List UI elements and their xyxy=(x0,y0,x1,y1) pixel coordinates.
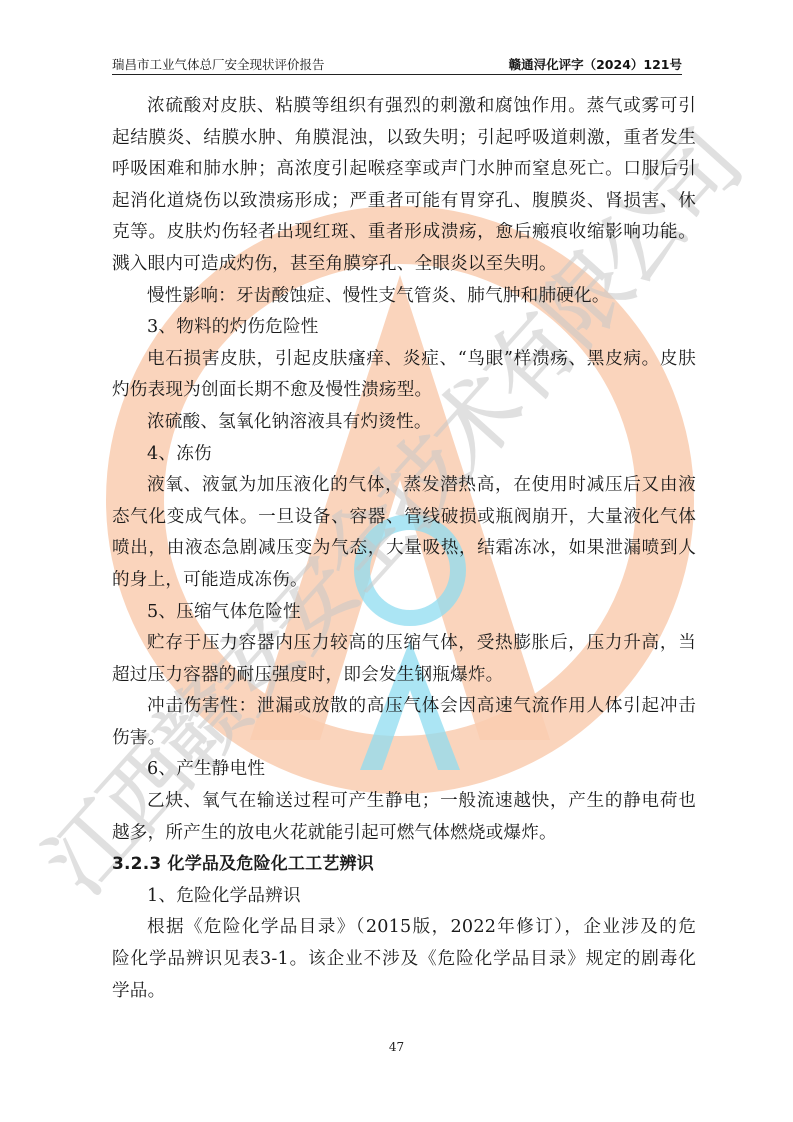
text-line: 伤害。 xyxy=(112,723,696,755)
text-line: 险化学品辨识见表3-1。该企业不涉及《危险化学品目录》规定的剧毒化 xyxy=(112,944,696,976)
paragraph-chronic-effects: 慢性影响：牙齿酸蚀症、慢性支气管炎、肺气肿和肺硬化。 xyxy=(112,281,696,313)
item-title-compressed-gas: 5、压缩气体危险性 xyxy=(112,597,696,629)
paragraph-hazardous-chemicals: 根据《危险化学品目录》（2015版，2022年修订），企业涉及的危 险化学品辨识… xyxy=(112,912,696,1007)
text-line: 超过压力容器的耐压强度时，即会发生钢瓶爆炸。 xyxy=(112,660,696,692)
text-line: 电石损害皮肤，引起皮肤瘙痒、炎症、“鸟眼”样溃疡、黑皮病。皮肤 xyxy=(112,344,696,376)
paragraph-caustic: 浓硫酸、氢氧化钠溶液具有灼烫性。 xyxy=(112,407,696,439)
paragraph-static-electricity: 乙炔、氧气在输送过程可产生静电；一般流速越快，产生的静电荷也 越多，所产生的放电… xyxy=(112,786,696,849)
text-line: 呼吸困难和肺水肿；高浓度引起喉痉挛或声门水肿而窒息死亡。口服后引 xyxy=(112,154,696,186)
text-line: 学品。 xyxy=(112,976,696,1008)
text-line: 根据《危险化学品目录》（2015版，2022年修订），企业涉及的危 xyxy=(112,912,696,944)
text-line: 越多，所产生的放电火花就能引起可燃气体燃烧或爆炸。 xyxy=(112,818,696,850)
subsection-title: 1、危险化学品辨识 xyxy=(112,881,696,913)
paragraph-liquefied-gas: 液氧、液氩为加压液化的气体，蒸发潜热高，在使用时减压后又由液 态气化变成气体。一… xyxy=(112,470,696,596)
text-line: 起结膜炎、结膜水肿、角膜混浊，以致失明；引起呼吸道刺激，重者发生 xyxy=(112,123,696,155)
text-line: 冲击伤害性：泄漏或放散的高压气体会因高速气流作用人体引起冲击 xyxy=(112,691,696,723)
paragraph-calcium-carbide: 电石损害皮肤，引起皮肤瘙痒、炎症、“鸟眼”样溃疡、黑皮病。皮肤 灼伤表现为创面长… xyxy=(112,344,696,407)
report-number: 赣通浔化评字（2024）121号 xyxy=(509,55,682,73)
page-number: 47 xyxy=(0,1040,793,1054)
text-line: 起消化道烧伤以致溃疡形成；严重者可能有胃穿孔、腹膜炎、肾损害、休 xyxy=(112,186,696,218)
text-line: 乙炔、氧气在输送过程可产生静电；一般流速越快，产生的静电荷也 xyxy=(112,786,696,818)
item-title-frostbite: 4、冻伤 xyxy=(112,439,696,471)
text-line: 浓硫酸对皮肤、粘膜等组织有强烈的刺激和腐蚀作用。蒸气或雾可引 xyxy=(112,91,696,123)
page-body: 浓硫酸对皮肤、粘膜等组织有强烈的刺激和腐蚀作用。蒸气或雾可引 起结膜炎、结膜水肿… xyxy=(112,91,696,1007)
section-heading: 3.2.3 化学品及危险化工工艺辨识 xyxy=(112,849,696,881)
item-title-burn-hazard: 3、物料的灼伤危险性 xyxy=(112,312,696,344)
text-line: 喷出，由液态急剧减压变为气态，大量吸热，结霜冻冰，如果泄漏喷到人 xyxy=(112,533,696,565)
paragraph-sulfuric-acid: 浓硫酸对皮肤、粘膜等组织有强烈的刺激和腐蚀作用。蒸气或雾可引 起结膜炎、结膜水肿… xyxy=(112,91,696,281)
text-line: 克等。皮肤灼伤轻者出现红斑、重者形成溃疡，愈后瘢痕收缩影响功能。 xyxy=(112,217,696,249)
paragraph-impact-injury: 冲击伤害性：泄漏或放散的高压气体会因高速气流作用人体引起冲击 伤害。 xyxy=(112,691,696,754)
item-title-static: 6、产生静电性 xyxy=(112,754,696,786)
page-header: 瑞昌市工业气体总厂安全现状评价报告 赣通浔化评字（2024）121号 xyxy=(112,54,682,75)
document-page: 江西赣安安全技术有限公司 瑞昌市工业气体总厂安全现状评价报告 赣通浔化评字（20… xyxy=(0,0,793,1122)
text-line: 液氧、液氩为加压液化的气体，蒸发潜热高，在使用时减压后又由液 xyxy=(112,470,696,502)
text-line: 的身上，可能造成冻伤。 xyxy=(112,565,696,597)
text-line: 灼伤表现为创面长期不愈及慢性溃疡型。 xyxy=(112,375,696,407)
text-line: 贮存于压力容器内压力较高的压缩气体，受热膨胀后，压力升高，当 xyxy=(112,628,696,660)
report-title: 瑞昌市工业气体总厂安全现状评价报告 xyxy=(112,55,325,73)
paragraph-pressure-vessel: 贮存于压力容器内压力较高的压缩气体，受热膨胀后，压力升高，当 超过压力容器的耐压… xyxy=(112,628,696,691)
text-line: 态气化变成气体。一旦设备、容器、管线破损或瓶阀崩开，大量液化气体 xyxy=(112,502,696,534)
text-line: 溅入眼内可造成灼伤，甚至角膜穿孔、全眼炎以至失明。 xyxy=(112,249,696,281)
